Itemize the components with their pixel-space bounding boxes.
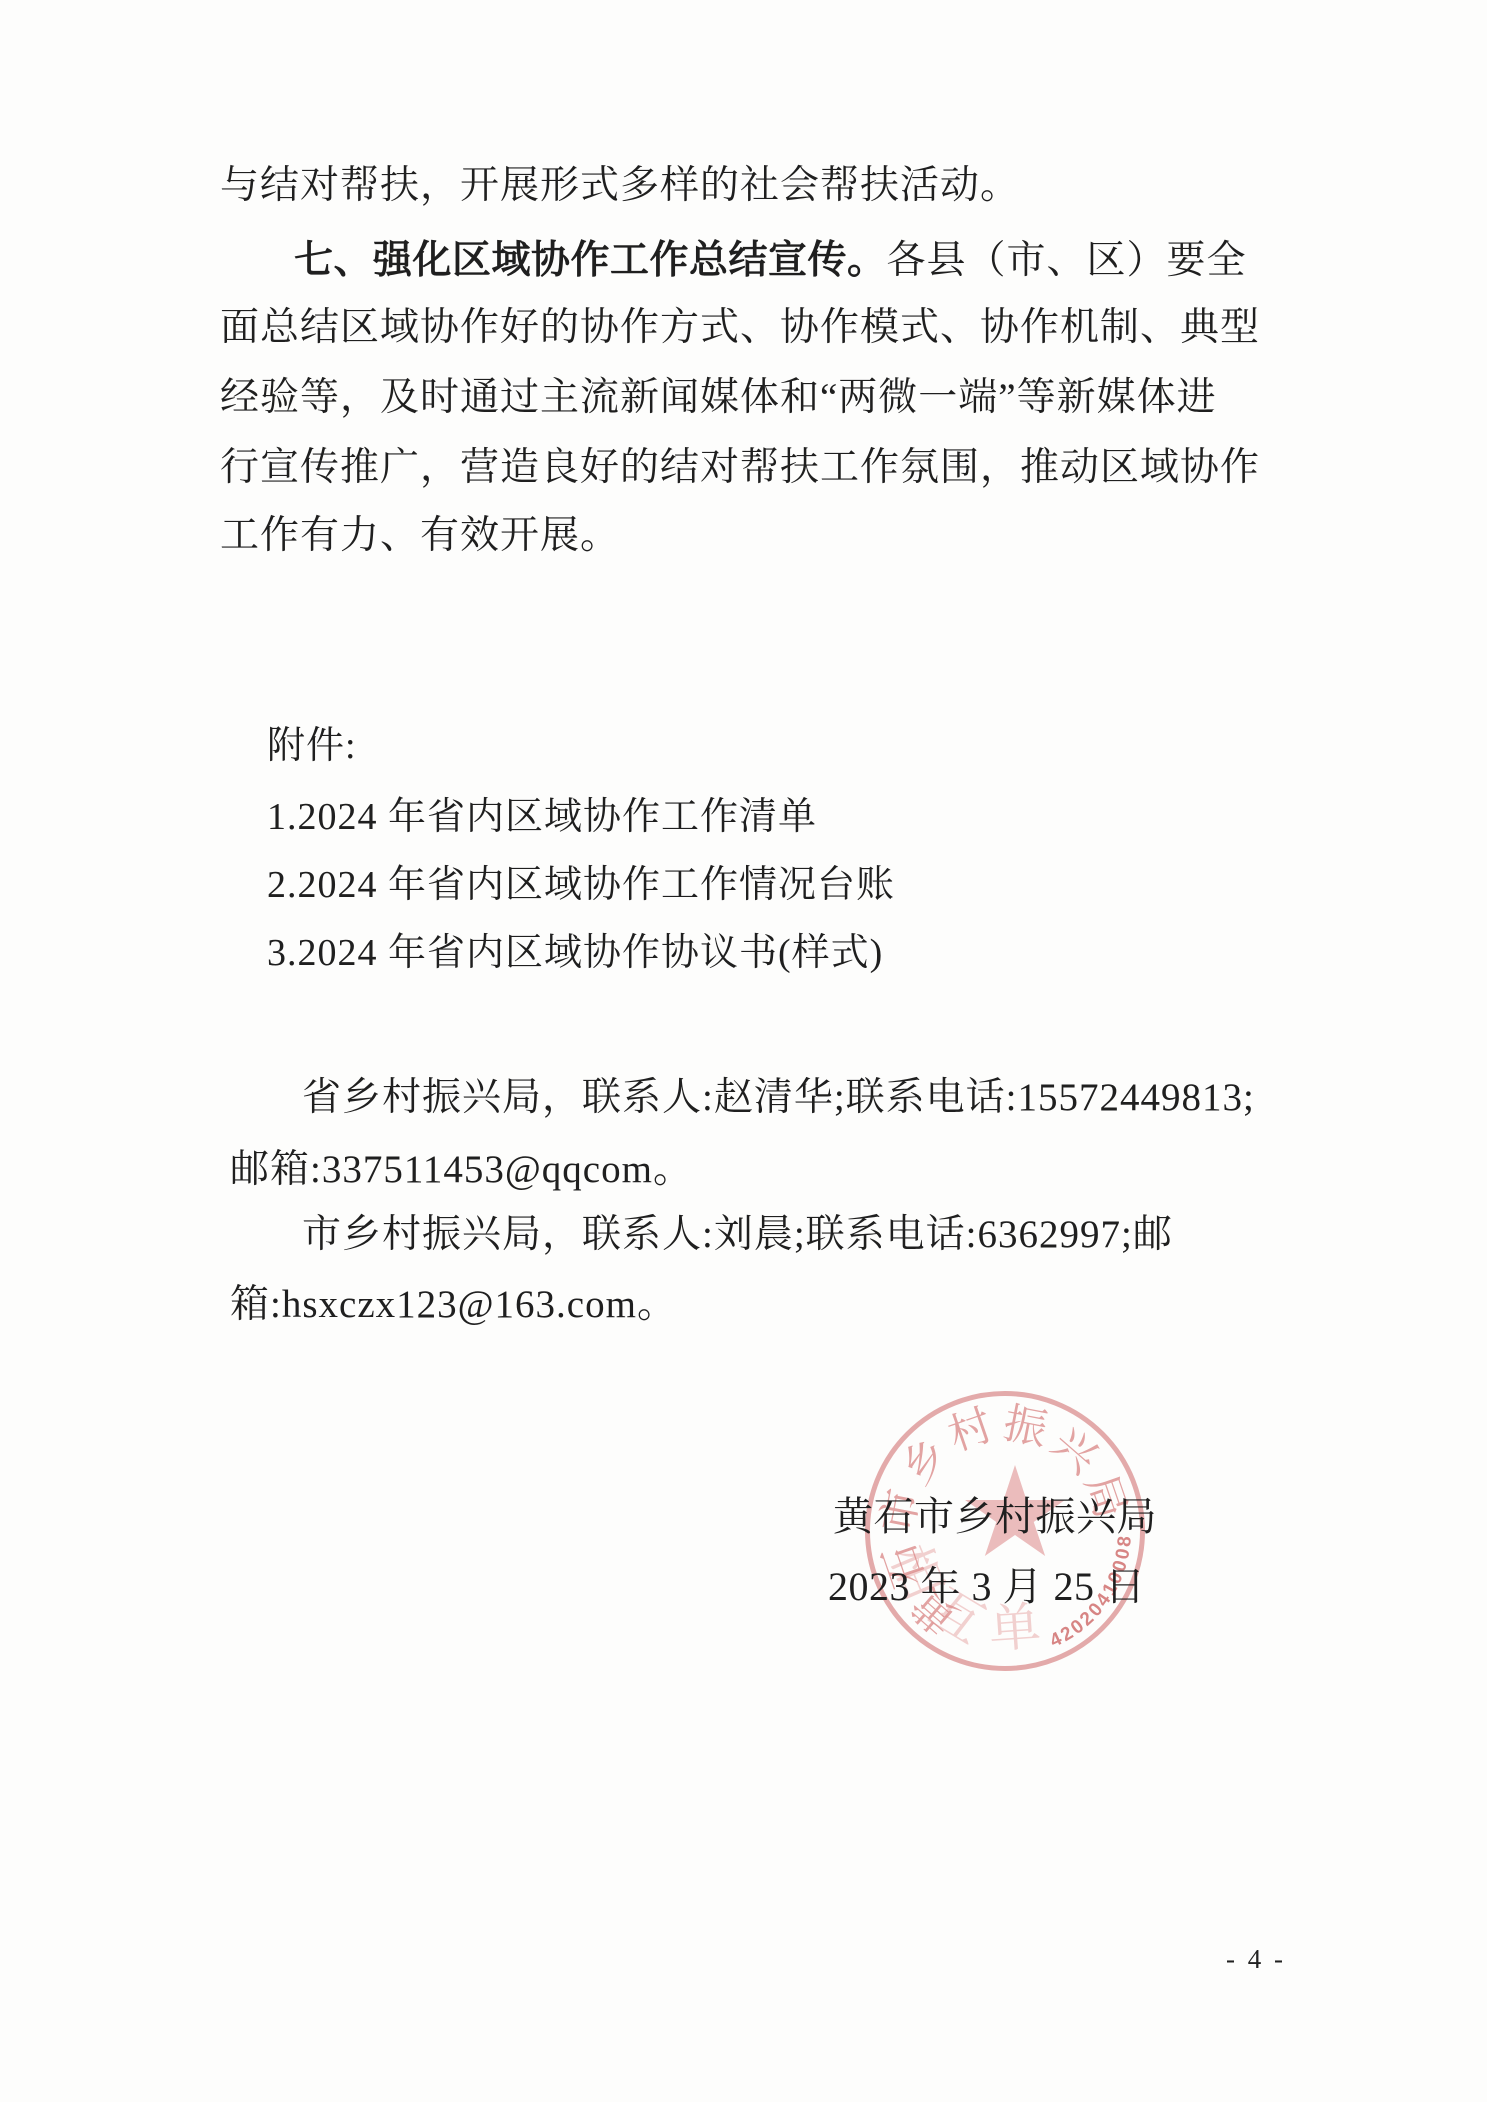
seal-ring-char: 村 bbox=[941, 1402, 999, 1460]
attachment-item: 3.2024 年省内区域协作协议书(样式) bbox=[267, 929, 883, 977]
seal-ring-char: 振 bbox=[998, 1400, 1052, 1454]
contact-line: 邮箱:337511453@qqcom。 bbox=[230, 1146, 693, 1194]
attachments-label: 附件: bbox=[267, 722, 357, 770]
body-line: 行宣传推广，营造良好的结对帮扶工作氛围，推动区域协作 bbox=[220, 444, 1260, 492]
body-line: 工作有力、有效开展。 bbox=[220, 512, 620, 560]
section-heading-rest: 各县（市、区）要全 bbox=[887, 239, 1247, 282]
body-line: 面总结区域协作好的协作方式、协作模式、协作机制、典型 bbox=[220, 304, 1260, 352]
body-continuation-line: 与结对帮扶，开展形式多样的社会帮扶活动。 bbox=[220, 162, 1020, 210]
attachment-item: 1.2024 年省内区域协作工作清单 bbox=[267, 793, 817, 841]
contact-line: 市乡村振兴局，联系人:刘晨;联系电话:6362997;邮 bbox=[302, 1211, 1173, 1259]
contact-line: 省乡村振兴局，联系人:赵清华;联系电话:15572449813; bbox=[302, 1074, 1255, 1122]
contact-line: 箱:hsxczx123@163.com。 bbox=[230, 1281, 677, 1329]
seal-code-digit: 2 bbox=[1036, 1603, 1099, 1666]
signature-date: 2023 年 3 月 25 日 bbox=[828, 1563, 1146, 1611]
seal-ghost-char: 单 bbox=[987, 1604, 1036, 1653]
seal-ring-char: 兴 bbox=[1042, 1419, 1107, 1484]
seal-code-digit: 4 bbox=[1026, 1610, 1087, 1671]
attachment-item: 2.2024 年省内区域协作工作情况台账 bbox=[267, 861, 895, 909]
signature-organization: 黄石市乡村振兴局 bbox=[833, 1493, 1157, 1541]
section-heading-bold: 七、强化区域协作工作总结宣传。 bbox=[294, 239, 887, 282]
body-line: 经验等，及时通过主流新闻媒体和“两微一端”等新媒体进 bbox=[220, 374, 1217, 422]
body-heading-line: 七、强化区域协作工作总结宣传。各县（市、区）要全 bbox=[220, 237, 1247, 285]
seal-ring-char: 乡 bbox=[893, 1429, 958, 1494]
document-page: 与结对帮扶，开展形式多样的社会帮扶活动。 七、强化区域协作工作总结宣传。各县（市… bbox=[0, 0, 1487, 2102]
page-number: - 4 - bbox=[1226, 1944, 1286, 1975]
